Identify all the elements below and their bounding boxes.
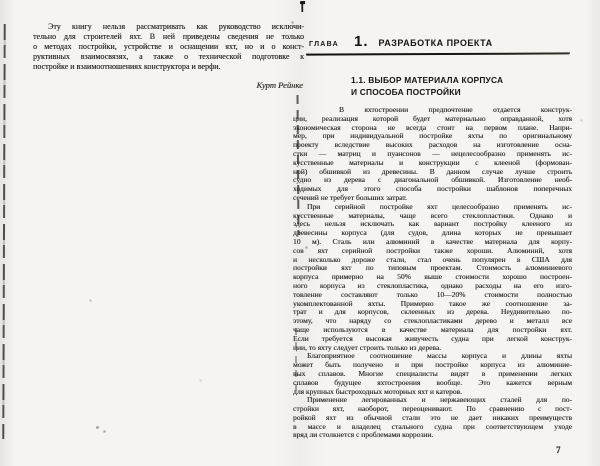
chapter-header-row: ГЛАВА 1. РАЗРАБОТКА ПРОЕКТА <box>293 33 572 50</box>
author-signature: Курт Рейнке <box>33 80 304 90</box>
chapter-title: РАЗРАБОТКА ПРОЕКТА <box>379 38 493 48</box>
body-line: вряд ли столкнется с проблемами коррозии… <box>293 431 572 440</box>
section-heading-line: 1.1. ВЫБОР МАТЕРИАЛА КОРПУСА <box>351 74 503 86</box>
chapter-label: ГЛАВА <box>309 41 339 48</box>
preface-line: тельно для строителей яхт. В ней приведе… <box>33 32 304 42</box>
scan-edge-artifact <box>2 24 5 439</box>
preface-line: руктивных взаимосвязях, а также о технич… <box>33 52 304 62</box>
page-number: 7 <box>556 445 561 455</box>
left-page: Эту книгу нельзя рассматривать как руков… <box>33 22 304 90</box>
book-scan-spread: Эту книгу нельзя рассматривать как руков… <box>0 0 600 466</box>
chapter-rule <box>306 52 570 56</box>
scan-specks <box>0 0 1 1</box>
chapter-number: 1. <box>354 33 369 50</box>
chapter-header: ГЛАВА 1. РАЗРАБОТКА ПРОЕКТА <box>293 33 572 55</box>
preface-line: Эту книгу нельзя рассматривать как руков… <box>33 22 304 32</box>
preface-line: о методах постройки, устройстве и оснаще… <box>33 42 304 52</box>
scan-blob-artifact <box>300 1 305 12</box>
body-text-column: В яхтостроении предпочтение отдается кон… <box>293 106 572 440</box>
section-heading-line: И СПОСОБА ПОСТРОЙКИ <box>351 86 503 98</box>
preface-line: постройке и взаимоотношениях конструктор… <box>33 62 304 72</box>
section-heading: 1.1. ВЫБОР МАТЕРИАЛА КОРПУСА И СПОСОБА П… <box>351 74 503 98</box>
